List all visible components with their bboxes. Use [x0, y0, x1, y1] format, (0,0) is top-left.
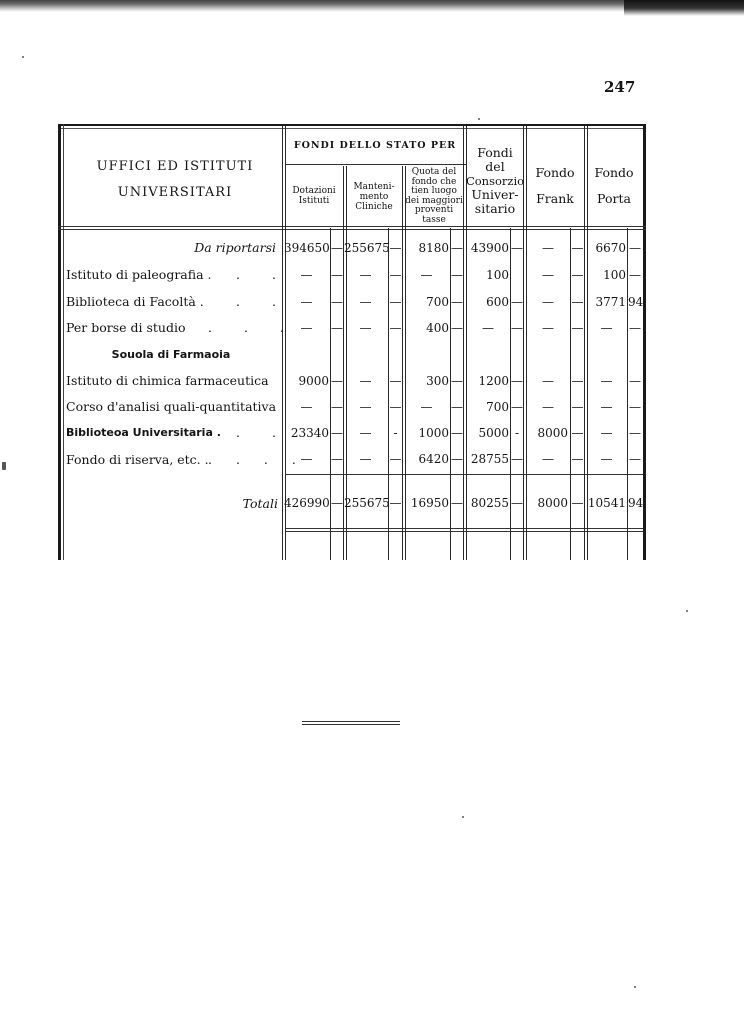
total-manteni: 255675	[344, 496, 387, 510]
cell-5-consorzio: 1200	[467, 374, 509, 388]
cell-2-frank: —	[528, 295, 568, 309]
cell-0-dotazioni-cents: —	[331, 241, 343, 255]
header-dotazioni: Dotazioni Istituti	[286, 186, 342, 206]
scan-speck	[2, 462, 6, 470]
cell-6-consorzio: 700	[467, 400, 509, 414]
cell-2-manteni-cents: —	[389, 295, 402, 309]
cell-5-dotazioni-cents: —	[331, 374, 343, 388]
cell-6-frank: —	[528, 400, 568, 414]
header-main: UFFICI ED ISTITUTI UNIVERSITARI	[66, 154, 284, 206]
cell-3-dotazioni-cents: —	[331, 321, 343, 335]
row-label-corso-analisi: Corso d'analisi quali-quantitativa	[66, 399, 276, 414]
header-dotazioni-line2: Istituti	[286, 196, 342, 206]
cell-7-quota: 1000	[404, 426, 449, 440]
cell-1-consorzio: 100	[467, 268, 509, 282]
cell-0-consorzio: 43900	[467, 241, 509, 255]
cell-6-dotazioni: —	[284, 400, 329, 414]
cell-0-frank-cents: —	[571, 241, 584, 255]
header-consorzio-line1: Fondi	[465, 146, 525, 160]
cell-2-porta-cents: 94	[628, 295, 642, 309]
cell-8-consorzio: 28755	[467, 452, 509, 466]
row-leader-dots: . .	[236, 425, 290, 440]
cell-5-porta: —	[587, 374, 626, 388]
cell-0-dotazioni: 394650	[284, 241, 329, 255]
cell-5-manteni: —	[344, 374, 387, 388]
cell-5-porta-cents: —	[628, 374, 642, 388]
cell-7-frank: 8000	[528, 426, 568, 440]
header-consorzio-line2: del	[465, 160, 525, 174]
cell-0-manteni: 255675	[344, 241, 387, 255]
header-dotazioni-line1: Dotazioni	[286, 186, 342, 196]
cell-6-quota: —	[404, 400, 449, 414]
scan-speck	[634, 986, 636, 988]
cell-5-dotazioni: 9000	[284, 374, 329, 388]
cell-5-frank-cents: —	[571, 374, 584, 388]
total-consorzio: 80255	[467, 496, 509, 510]
header-frank-line1: Fondo	[526, 160, 584, 186]
cell-7-dotazioni: 23340	[284, 426, 329, 440]
cell-5-manteni-cents: —	[389, 374, 402, 388]
cell-3-porta-cents: —	[628, 321, 642, 335]
cell-1-frank: —	[528, 268, 568, 282]
cell-8-dotazioni: —	[284, 452, 329, 466]
cell-2-dotazioni-cents: —	[331, 295, 343, 309]
cell-5-quota: 300	[404, 374, 449, 388]
cell-7-frank-cents: —	[571, 426, 584, 440]
table-left-border-inner	[63, 124, 64, 560]
header-consorzio: Fondi del Consorzio Univer- sitario	[465, 146, 525, 216]
table-top-rule	[58, 124, 646, 126]
header-group-fondi-stato: FONDI DELLO STATO PER	[285, 140, 465, 151]
cell-8-manteni: —	[344, 452, 387, 466]
cell-1-porta-cents: —	[628, 268, 642, 282]
cell-7-consorzio: 5000	[467, 426, 509, 440]
cell-2-quota: 700	[404, 295, 449, 309]
col-divider-porta	[584, 126, 585, 560]
cell-0-frank: —	[528, 241, 568, 255]
section-heading-scuola-farmacia: Souola di Farmaoia	[66, 348, 276, 361]
cell-6-porta-cents: —	[628, 400, 642, 414]
header-frank-line2: Frank	[526, 186, 584, 212]
cell-1-porta: 100	[587, 268, 626, 282]
header-main-line1: UFFICI ED ISTITUTI	[66, 154, 284, 180]
cell-8-porta-cents: —	[628, 452, 642, 466]
cell-3-consorzio-cents: —	[511, 321, 523, 335]
col-divider-consorzio-cents	[510, 228, 511, 560]
cell-0-manteni-cents: —	[389, 241, 402, 255]
table-top-rule-inner	[58, 128, 646, 129]
total-dotazioni-cents: —	[331, 496, 343, 510]
header-bottom-rule	[58, 226, 646, 227]
cell-3-manteni: —	[344, 321, 387, 335]
header-quota-line6: tasse	[405, 216, 463, 226]
header-mantenimento: Manteni- mento Cliniche	[347, 182, 401, 212]
header-consorzio-line5: sitario	[465, 202, 525, 216]
row-leader-dots: . .	[236, 294, 290, 309]
header-mantenimento-line2: mento	[347, 192, 401, 202]
total-frank: 8000	[528, 496, 568, 510]
cell-1-quota-cents: —	[451, 268, 463, 282]
cell-3-dotazioni: —	[284, 321, 329, 335]
cell-3-quota-cents: —	[451, 321, 463, 335]
totals-bottom-rule	[285, 528, 643, 529]
page-number: 247	[604, 78, 635, 96]
cell-3-frank-cents: —	[571, 321, 584, 335]
cell-7-porta-cents: —	[628, 426, 642, 440]
cell-2-dotazioni: —	[284, 295, 329, 309]
cell-3-consorzio: —	[467, 321, 509, 335]
cell-6-manteni-cents: —	[389, 400, 402, 414]
total-quota-cents: —	[451, 496, 463, 510]
total-quota: 16950	[404, 496, 449, 510]
cell-0-quota-cents: —	[451, 241, 463, 255]
total-consorzio-cents: —	[511, 496, 523, 510]
cell-3-manteni-cents: —	[389, 321, 402, 335]
cell-2-quota-cents: —	[451, 295, 463, 309]
cell-8-quota: 6420	[404, 452, 449, 466]
row-label-da-riportarsi: Da riportarsi	[66, 240, 276, 255]
funds-table: UFFICI ED ISTITUTI UNIVERSITARI FONDI DE…	[58, 124, 646, 560]
total-porta: 10541	[587, 496, 626, 510]
cell-7-dotazioni-cents: —	[331, 426, 343, 440]
cell-5-quota-cents: —	[451, 374, 463, 388]
cell-6-dotazioni-cents: —	[331, 400, 343, 414]
cell-0-consorzio-cents: —	[511, 241, 523, 255]
scan-speck	[22, 56, 24, 58]
table-left-border	[58, 124, 61, 560]
header-main-line2: UNIVERSITARI	[66, 180, 284, 206]
col-divider-consorzio	[463, 126, 464, 560]
cell-5-consorzio-cents: —	[511, 374, 523, 388]
totals-top-rule	[285, 474, 643, 475]
cell-0-porta: 6670	[587, 241, 626, 255]
cell-8-dotazioni-cents: —	[331, 452, 343, 466]
cell-1-manteni: —	[344, 268, 387, 282]
total-dotazioni: 426990	[284, 496, 329, 510]
scan-speck	[462, 816, 464, 818]
cell-8-quota-cents: —	[451, 452, 463, 466]
cell-7-consorzio-cents: -	[511, 426, 523, 440]
header-mantenimento-line3: Cliniche	[347, 202, 401, 212]
group-header-rule	[286, 164, 466, 165]
cell-8-porta: —	[587, 452, 626, 466]
end-of-section-rule	[302, 721, 400, 722]
cell-2-frank-cents: —	[571, 295, 584, 309]
table-right-border	[643, 124, 646, 560]
totals-label: Totali	[66, 496, 278, 511]
cell-0-quota: 8180	[404, 241, 449, 255]
cell-8-consorzio-cents: —	[511, 452, 523, 466]
cell-1-dotazioni-cents: —	[331, 268, 343, 282]
cell-8-frank-cents: —	[571, 452, 584, 466]
header-mantenimento-line1: Manteni-	[347, 182, 401, 192]
header-quota: Quota del fondo che tien luogo dei maggi…	[405, 168, 463, 225]
cell-7-quota-cents: —	[451, 426, 463, 440]
total-manteni-cents: —	[389, 496, 402, 510]
scan-speck	[686, 610, 688, 612]
cell-2-manteni: —	[344, 295, 387, 309]
total-frank-cents: —	[571, 496, 584, 510]
cell-0-porta-cents: —	[628, 241, 642, 255]
cell-7-manteni: —	[344, 426, 387, 440]
cell-1-quota: —	[404, 268, 449, 282]
cell-5-frank: —	[528, 374, 568, 388]
header-consorzio-line3: Consorzio	[465, 174, 525, 188]
cell-7-porta: —	[587, 426, 626, 440]
cell-6-manteni: —	[344, 400, 387, 414]
cell-2-consorzio-cents: —	[511, 295, 523, 309]
col-divider-quota	[402, 166, 403, 560]
cell-6-frank-cents: —	[571, 400, 584, 414]
cell-8-frank: —	[528, 452, 568, 466]
cell-1-dotazioni: —	[284, 268, 329, 282]
cell-6-quota-cents: —	[451, 400, 463, 414]
cell-8-manteni-cents: —	[389, 452, 402, 466]
total-porta-cents: 94	[628, 496, 642, 510]
cell-2-porta: 3771	[587, 295, 626, 309]
header-porta: Fondo Porta	[586, 160, 642, 212]
scan-top-edge-right	[624, 0, 744, 16]
cell-3-frank: —	[528, 321, 568, 335]
scan-speck	[478, 118, 480, 120]
cell-6-porta: —	[587, 400, 626, 414]
header-porta-line1: Fondo	[586, 160, 642, 186]
row-leader-dots: . .	[236, 267, 290, 282]
cell-6-consorzio-cents: —	[511, 400, 523, 414]
cell-7-manteni-cents: -	[389, 426, 402, 440]
header-frank: Fondo Frank	[526, 160, 584, 212]
cell-3-porta: —	[587, 321, 626, 335]
row-label-chimica-farmaceutica: Istituto di chimica farmaceutica	[66, 373, 276, 388]
cell-2-consorzio: 600	[467, 295, 509, 309]
cell-1-frank-cents: —	[571, 268, 584, 282]
cell-3-quota: 400	[404, 321, 449, 335]
header-consorzio-line4: Univer-	[465, 188, 525, 202]
header-porta-line2: Porta	[586, 186, 642, 212]
cell-1-manteni-cents: —	[389, 268, 402, 282]
